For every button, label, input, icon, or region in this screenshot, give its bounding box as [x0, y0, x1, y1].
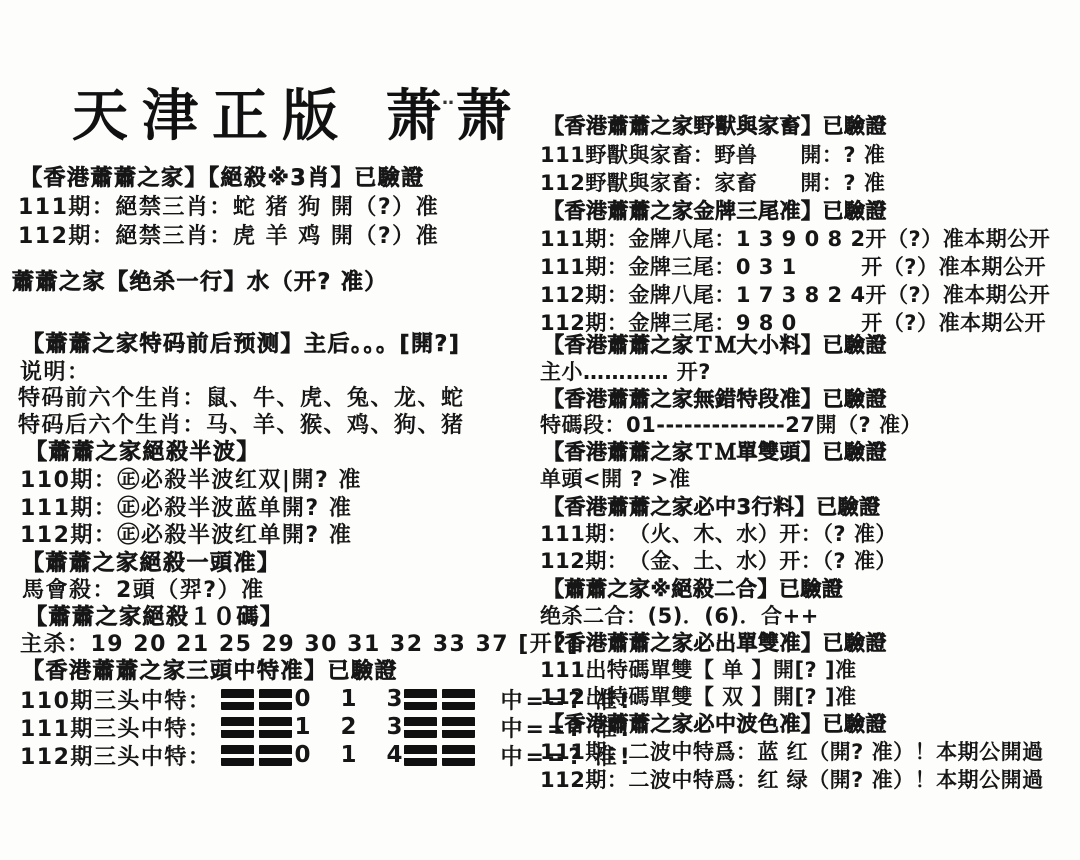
text-line: 111期：絕禁三肖：蛇 猪 狗 開（?）准: [18, 195, 439, 221]
section-header: 【蕭蕭之家絕殺半波】: [25, 440, 260, 466]
digit: 4: [386, 742, 402, 768]
text-line: 112出特碼單雙【 双 】開[? ]准: [540, 684, 857, 710]
section-header: 【香港蕭蕭之家必中3行料】已驗證: [543, 494, 881, 520]
redacted-block: [442, 689, 475, 710]
section-header: 【香港蕭蕭之家三頭中特准】已驗證: [22, 659, 398, 685]
text-line: 馬會殺：2頭（羿?）准: [22, 578, 265, 604]
text-line: 112期： （金、土、水）开：（? 准）: [540, 548, 897, 574]
section-header: 【香港蕭蕭之家必中波色准】已驗證: [543, 711, 887, 737]
text-line: 111期： （火、木、水）开：（? 准）: [540, 521, 897, 547]
redacted-block: [442, 745, 475, 766]
redacted-block: [404, 689, 437, 710]
digit: 3: [386, 686, 402, 712]
section-header: 【蕭蕭之家絕殺一頭准】: [22, 551, 281, 577]
text-line: 112期：二波中特爲：红 绿（開? 准）！本期公開過: [540, 767, 1044, 793]
section-header: 【香港蕭蕭之家野獸與家畜】已驗證: [543, 113, 887, 139]
section-header: 【蕭蕭之家絕殺１０碼】: [25, 605, 284, 631]
text-line: 111期：金牌三尾：0 3 1 开（?）准本期公开: [540, 254, 1046, 280]
section-header: 【香港蕭蕭之家必出單雙准】已驗證: [543, 630, 887, 656]
redacted-block: [221, 717, 254, 738]
digit: 3: [386, 714, 402, 740]
three-head-row: 111期三头中特： 1 2 3 中==? 准!: [20, 714, 633, 740]
section-header: 【蕭蕭之家特码前后预测】主后。。。[開?]: [22, 332, 460, 358]
section-header: 【香港蕭蕭之家】【絕殺※3肖】已驗證: [20, 166, 425, 192]
text-line: 绝杀二合：(5)．(6)．合++: [540, 603, 819, 629]
redacted-block: [259, 717, 292, 738]
redacted-block: [404, 717, 437, 738]
digit: 0: [294, 742, 310, 768]
page-title: 天津正版 萧萧: [72, 72, 526, 152]
section-header: 【香港蕭蕭之家金牌三尾准】已驗證: [543, 198, 887, 224]
text-line: 111期：二波中特爲：蓝 红（開? 准）！本期公開過: [540, 739, 1044, 765]
text-line: 特码前六个生肖：鼠、牛、虎、兔、龙、蛇: [18, 386, 465, 412]
redacted-block: [259, 745, 292, 766]
scan-page: 天津正版 萧萧 ‥ 【香港蕭蕭之家】【絕殺※3肖】已驗證 111期：絕禁三肖：蛇…: [0, 0, 1080, 860]
text-line: 单頭<開 ? >准: [540, 466, 691, 492]
digit: 1: [340, 742, 356, 768]
text-line: 蕭蕭之家【绝杀一行】水（开? 准）: [12, 270, 388, 296]
digit: 2: [340, 714, 356, 740]
text-line: 主小………… 开?: [540, 359, 711, 385]
text-line: 特码后六个生肖：马、羊、猴、鸡、狗、猪: [18, 413, 465, 439]
ink-dots: ‥: [442, 88, 458, 109]
digit: 1: [294, 714, 310, 740]
section-header: 【香港蕭蕭之家無錯特段准】已驗證: [543, 386, 887, 412]
redacted-block: [404, 745, 437, 766]
row-label: 111期三头中特：: [20, 712, 211, 743]
text-line: 112期：絕禁三肖：虎 羊 鸡 開（?）准: [18, 224, 439, 250]
digit: 1: [340, 686, 356, 712]
section-header: 【香港蕭蕭之家ＴＭ單雙頭】已驗證: [543, 439, 887, 465]
digit: 0: [294, 686, 310, 712]
text-line: 111野獸與家畜：野兽 開：? 准: [540, 142, 885, 168]
text-line: 111出特碼單雙【 单 】開[? ]准: [540, 657, 857, 683]
text-line: 主杀：19 20 21 25 29 30 31 32 33 37 [开?]: [20, 632, 579, 658]
text-line: 说明：: [20, 360, 91, 386]
row-label: 110期三头中特：: [20, 684, 211, 715]
redacted-block: [221, 745, 254, 766]
text-line: 111期：㊣必殺半波蓝单開? 准: [20, 496, 352, 522]
text-line: 112期：金牌八尾：1 7 3 8 2 4开（?）准本期公开: [540, 282, 1050, 308]
text-line: 111期：金牌八尾：1 3 9 0 8 2开（?）准本期公开: [540, 226, 1050, 252]
redacted-block: [259, 689, 292, 710]
redacted-block: [442, 717, 475, 738]
text-line: 112野獸與家畜：家畜 開：? 准: [540, 170, 885, 196]
text-line: 112期：㊣必殺半波红单開? 准: [20, 523, 352, 549]
section-header: 【蕭蕭之家※絕殺二合】已驗證: [543, 576, 843, 602]
text-line: 110期：㊣必殺半波红双|開? 准: [20, 468, 362, 494]
section-header: 【香港蕭蕭之家ＴＭ大小料】已驗證: [543, 332, 887, 358]
row-label: 112期三头中特：: [20, 740, 211, 771]
redacted-block: [221, 689, 254, 710]
text-line: 特碼段：01--------------27開（? 准）: [540, 412, 922, 438]
